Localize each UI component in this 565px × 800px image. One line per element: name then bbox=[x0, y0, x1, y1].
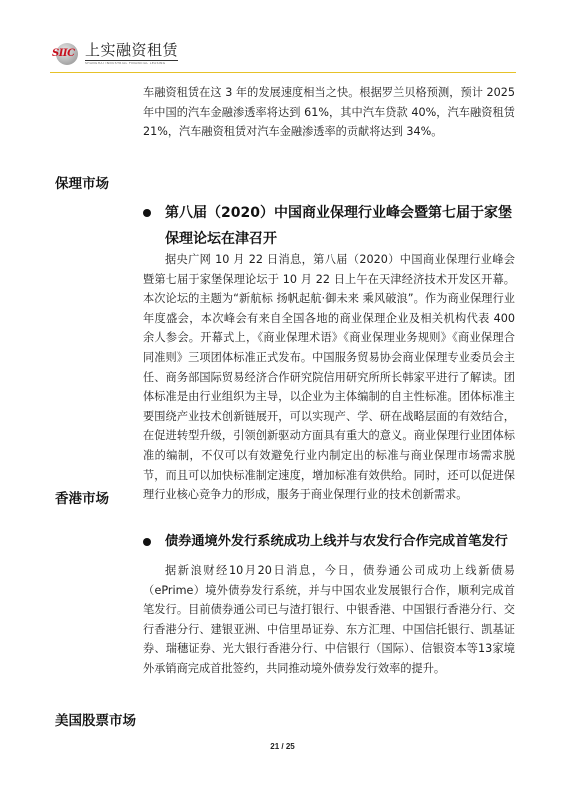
news-item-bond-connect: 债券通境外发行系统成功上线并与农发行合作完成首笔发行 bbox=[143, 533, 523, 551]
logo-wordmark: 上实融资租赁 SHANGHAI INDUSTRIAL FINANCIAL LEA… bbox=[85, 42, 178, 66]
bullet-icon bbox=[143, 209, 151, 217]
document-page: SIIC 上实融资租赁 SHANGHAI INDUSTRIAL FINANCIA… bbox=[0, 0, 565, 800]
company-name-en: SHANGHAI INDUSTRIAL FINANCIAL LEASING bbox=[85, 61, 178, 66]
section-title-hongkong: 香港市场 bbox=[55, 487, 109, 507]
section-title-factoring: 保理市场 bbox=[55, 172, 109, 192]
news-body: 据新浪财经10月20日消息，今日，债券通公司成功上线新债易（ePrime）境外债… bbox=[143, 561, 515, 679]
news-headline: 债券通境外发行系统成功上线并与农发行合作完成首笔发行 bbox=[165, 533, 515, 551]
logo-mark-text: SIIC bbox=[52, 48, 75, 60]
news-headline: 第八届（2020）中国商业保理行业峰会暨第七届于家堡保理论坛在津召开 bbox=[165, 200, 515, 252]
section-title-us-stocks: 美国股票市场 bbox=[55, 709, 136, 729]
header-divider bbox=[50, 72, 516, 73]
bullet-icon bbox=[143, 538, 151, 546]
page-number: 21 / 25 bbox=[0, 742, 565, 751]
news-item-factoring-summit: 第八届（2020）中国商业保理行业峰会暨第七届于家堡保理论坛在津召开 bbox=[143, 200, 523, 252]
page-header: SIIC 上实融资租赁 SHANGHAI INDUSTRIAL FINANCIA… bbox=[52, 40, 178, 68]
news-body: 据央广网 10 月 22 日消息，第八届（2020）中国商业保理行业峰会暨第七届… bbox=[143, 250, 515, 505]
intro-paragraph: 车融资租赁在这 3 年的发展速度相当之快。根据罗兰贝格预测，预计 2025 年中… bbox=[143, 83, 515, 142]
company-name-cn: 上实融资租赁 bbox=[85, 42, 178, 61]
company-logo-icon: SIIC bbox=[52, 42, 82, 66]
